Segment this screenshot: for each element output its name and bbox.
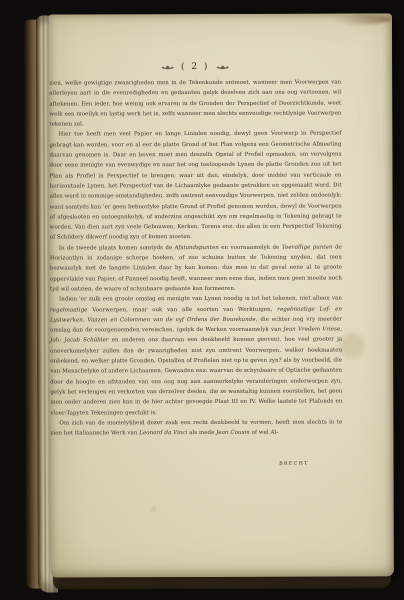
italic-text: Afstandspunten [175,245,219,251]
paragraph: In de tweede plaats komen somtyds de Afs… [50,242,342,295]
paragraph: Hier toe heeft men veel Papier en lange … [49,129,341,243]
body-text-segment: Hier toe heeft men veel Papier en lange … [49,131,341,241]
italic-text: Leonard da Vinci [139,430,187,436]
body-text-segment: zien, welke gewigtige zwaarigheden men i… [49,80,341,128]
body-text-segment: en voornaamelyk de [219,244,282,250]
body-text-segment: , [340,327,342,333]
body-text-segment: Indien 'er zulk een groote omslag en men… [59,296,342,303]
italic-text: Jean Vredem Vriese [283,327,340,333]
body-text-segment: en anderen ons daarvan een denkbeeld kun… [50,337,342,416]
body-text-segment: In de tweede plaats komen somtyds de [59,245,175,251]
fleuron-right-icon [216,63,229,73]
italic-text: Jean Cousin [216,430,250,436]
page-corner-smudge [333,14,391,24]
italic-text: Joh: Jacob Schübler [50,338,108,344]
book-photo: ( 2 ) zien, welke gewigtige zwaarigheden… [0,0,404,600]
body-text-segment: de Horizontlyn in zodanige scherpe hoeke… [50,244,342,292]
page-header: ( 2 ) [49,62,341,74]
italic-text: Toevallige punten [282,244,333,250]
catchword: BRECHT [51,462,343,468]
body-text-segment: als mede [187,430,216,436]
fleuron-left-icon [161,63,174,73]
body-text: zien, welke gewigtige zwaarigheden men i… [49,78,342,439]
italic-text: regelmaatige [50,307,87,313]
page-number: ( 2 ) [181,62,210,72]
body-text-segment: Voorwerpen, maar ook van alle soorten va… [87,306,277,313]
paragraph: zien, welke gewigtige zwaarigheden men i… [49,78,341,131]
body-text-segment: of wel Al- [250,430,278,436]
paragraph: Indien 'er zulk een groote omslag en men… [50,294,342,419]
paragraph: Om zich van de moeielykheid dezer zaak e… [50,417,342,439]
